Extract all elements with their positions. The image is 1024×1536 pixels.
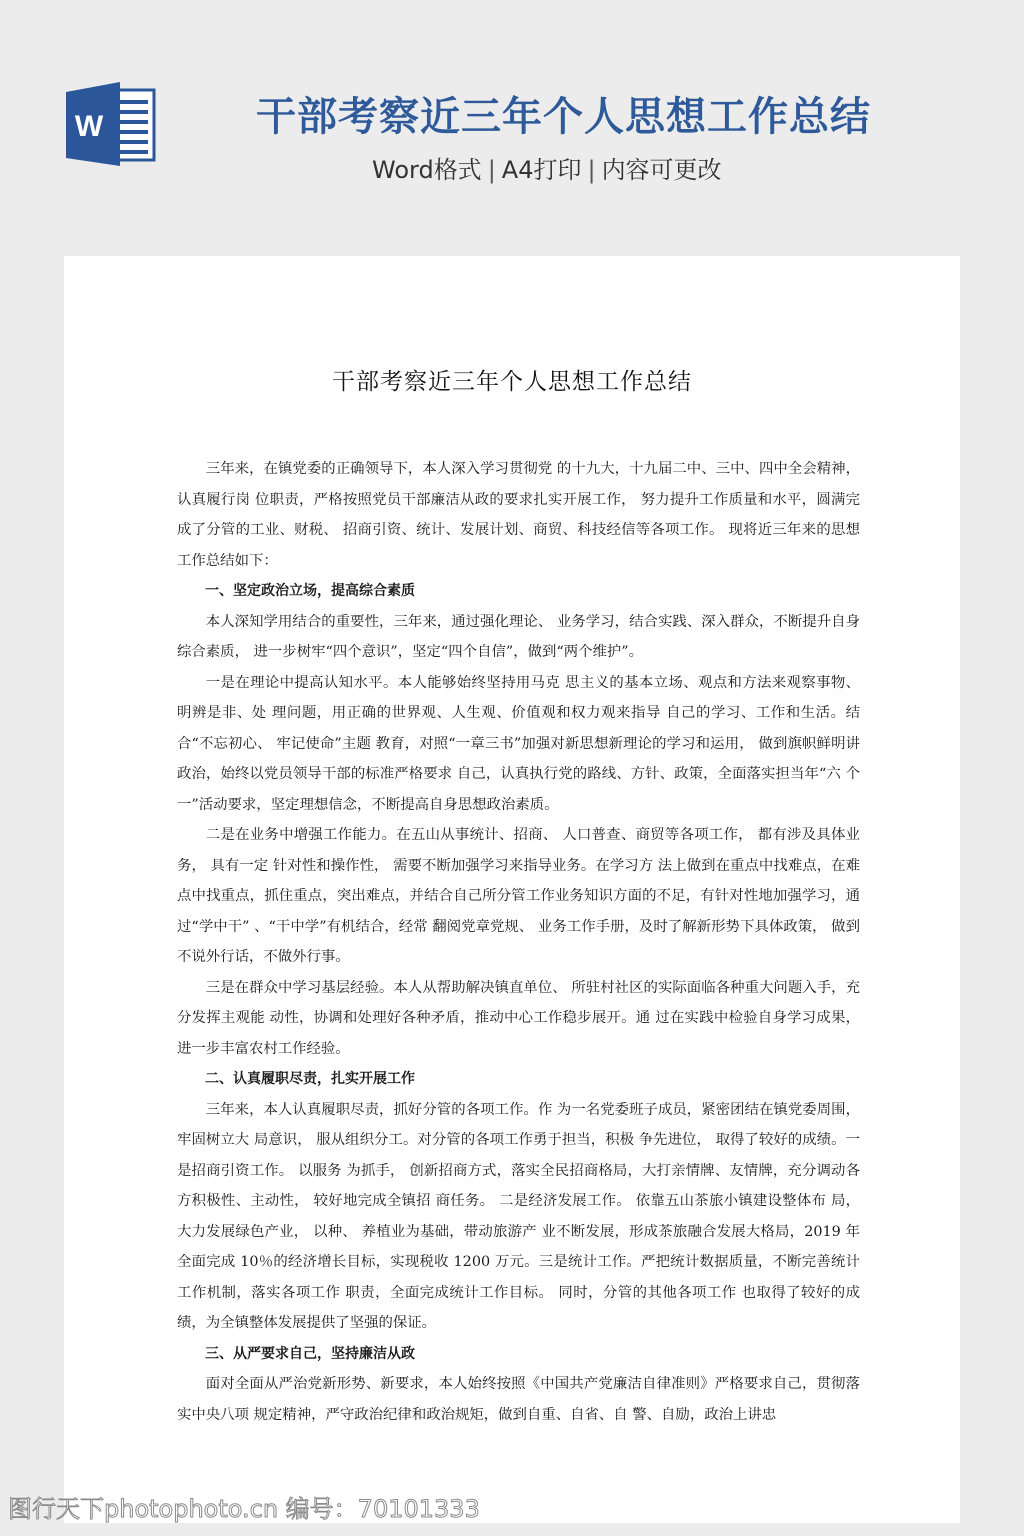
word-document-icon: W [64,82,156,166]
svg-text:W: W [75,110,104,143]
subtitle-print: A4打印 [502,156,582,184]
watermark-text: 图行天下photophoto.cn 编号：70101333 [8,1494,480,1524]
paragraph: 面对全面从严治党新形势、新要求，本人始终按照《中国共产党廉洁自律准则》严格要求自… [177,1369,860,1430]
document-page: 干部考察近三年个人思想工作总结 三年来，在镇党委的正确领导下，本人深入学习贯彻党… [64,256,960,1523]
paragraph: 二是在业务中增强工作能力。在五山从事统计、招商、 人口普查、商贸等各项工作， 都… [177,820,860,973]
paragraph: 三是在群众中学习基层经验。本人从帮助解决镇直单位、 所驻村社区的实际面临各种重大… [177,973,860,1065]
subtitle-format: Word格式 [372,156,482,184]
section-heading-2: 二、认真履职尽责，扎实开展工作 [177,1064,860,1095]
banner-title: 干部考察近三年个人思想工作总结 [256,92,896,142]
section-heading-3: 三、从严要求自己，坚持廉洁从政 [177,1339,860,1370]
section-heading-1: 一、坚定政治立场，提高综合素质 [177,576,860,607]
subtitle-separator: | [488,156,496,184]
paragraph: 本人深知学用结合的重要性，三年来，通过强化理论、 业务学习，结合实践、深入群众，… [177,607,860,668]
paragraph: 一是在理论中提高认知水平。本人能够始终坚持用马克 思主义的基本立场、观点和方法来… [177,668,860,821]
subtitle-separator: | [587,156,595,184]
banner-header: W 干部考察近三年个人思想工作总结 Word格式|A4打印|内容可更改 [0,0,1024,256]
document-title: 干部考察近三年个人思想工作总结 [64,366,960,398]
paragraph-intro: 三年来，在镇党委的正确领导下，本人深入学习贯彻党 的十九大，十九届二中、三中、四… [177,454,860,576]
paragraph: 三年来，本人认真履职尽责，抓好分管的各项工作。作 为一名党委班子成员，紧密团结在… [177,1095,860,1339]
document-body: 三年来，在镇党委的正确领导下，本人深入学习贯彻党 的十九大，十九届二中、三中、四… [177,454,860,1430]
banner-subtitle: Word格式|A4打印|内容可更改 [372,153,722,187]
subtitle-editable: 内容可更改 [602,156,722,184]
